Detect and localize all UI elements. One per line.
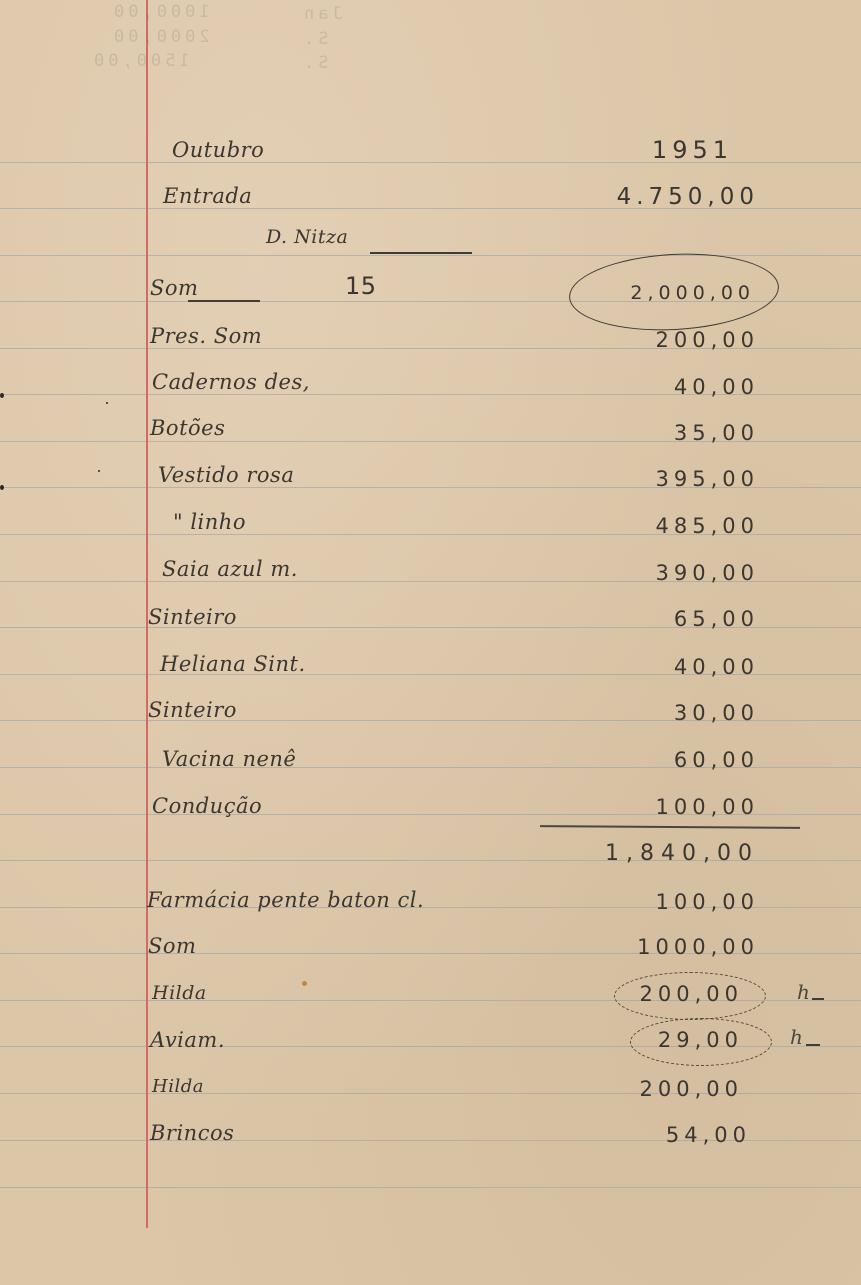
sum-underline xyxy=(540,825,800,828)
entry-label: Som xyxy=(150,276,198,300)
entry-label: Aviam. xyxy=(150,1028,225,1052)
entry-label: Vestido rosa xyxy=(158,463,294,487)
entry-amount: 65,00 xyxy=(674,607,759,631)
ghost-label: S. xyxy=(300,29,328,49)
entry-label: Vacina nenê xyxy=(162,747,296,771)
entry-amount: 30,00 xyxy=(674,701,759,725)
entry-amount: 200,00 xyxy=(640,1077,743,1101)
entry-amount: 54,00 xyxy=(666,1123,751,1147)
check-mark-h: h xyxy=(797,980,810,1004)
entry-amount-circled: 29,00 xyxy=(658,1028,743,1052)
entry-label: Saia azul m. xyxy=(162,557,298,581)
ghost-amount: 1500,00 xyxy=(90,51,190,71)
ghost-label: Jan xyxy=(300,4,343,24)
entry-amount: 100,00 xyxy=(656,890,759,914)
year-heading: 1951 xyxy=(652,136,733,164)
entry-amount: 1000,00 xyxy=(637,935,759,959)
entry-amount: 40,00 xyxy=(674,375,759,399)
underline-stroke xyxy=(188,300,260,302)
underline-stroke xyxy=(370,252,472,254)
entry-label: D. Nitza xyxy=(266,226,348,248)
ghost-amount: 1000,00 xyxy=(110,2,210,22)
entry-amount: 60,00 xyxy=(674,748,759,772)
entry-amount: 485,00 xyxy=(656,514,759,538)
paper-stain xyxy=(302,981,307,986)
rule-line xyxy=(0,255,861,256)
ghost-amount: 2000,00 xyxy=(110,27,210,47)
entry-amount-circled: 2,000,00 xyxy=(630,282,755,304)
paper-speck xyxy=(0,485,4,490)
entry-label: " linho xyxy=(173,510,246,534)
paper-speck xyxy=(98,470,100,472)
entry-label: Sinteiro xyxy=(148,605,237,629)
underline-stroke xyxy=(812,998,824,1000)
entry-amount: 40,00 xyxy=(674,655,759,679)
entry-label: Botões xyxy=(150,416,225,440)
entry-label: Pres. Som xyxy=(150,324,262,348)
entry-amount-circled: 200,00 xyxy=(640,982,743,1006)
entry-amount: 395,00 xyxy=(656,467,759,491)
entry-label: Sinteiro xyxy=(148,698,237,722)
entry-amount: 390,00 xyxy=(656,561,759,585)
month-heading: Outubro xyxy=(172,138,264,162)
entry-amount: 200,00 xyxy=(656,328,759,352)
entry-label: Hilda xyxy=(152,982,207,1004)
entry-amount: 4.750,00 xyxy=(617,184,759,210)
entry-label: Farmácia pente baton cl. xyxy=(147,888,424,912)
entry-label: Cadernos des, xyxy=(152,370,310,394)
ledger-page: 1000,00 Jan 2000,00 S. 1500,00 S. Outubr… xyxy=(0,0,861,1285)
ghost-label: S. xyxy=(300,53,328,73)
rule-line xyxy=(0,1187,861,1188)
entry-label: Brincos xyxy=(150,1121,234,1145)
entry-label: Hilda xyxy=(152,1076,204,1097)
check-mark-h: h xyxy=(790,1025,803,1049)
entry-amount: 35,00 xyxy=(674,421,759,445)
underline-stroke xyxy=(806,1044,820,1046)
paper-speck xyxy=(106,402,108,404)
entry-label: Condução xyxy=(152,794,262,818)
paper-speck xyxy=(0,393,4,398)
entry-amount: 100,00 xyxy=(656,795,759,819)
entry-note: 15 xyxy=(345,272,377,300)
entry-label: Heliana Sint. xyxy=(160,652,306,676)
entry-label: Entrada xyxy=(163,184,252,208)
entry-label: Som xyxy=(148,934,196,958)
subtotal-amount: 1,840,00 xyxy=(605,841,759,866)
